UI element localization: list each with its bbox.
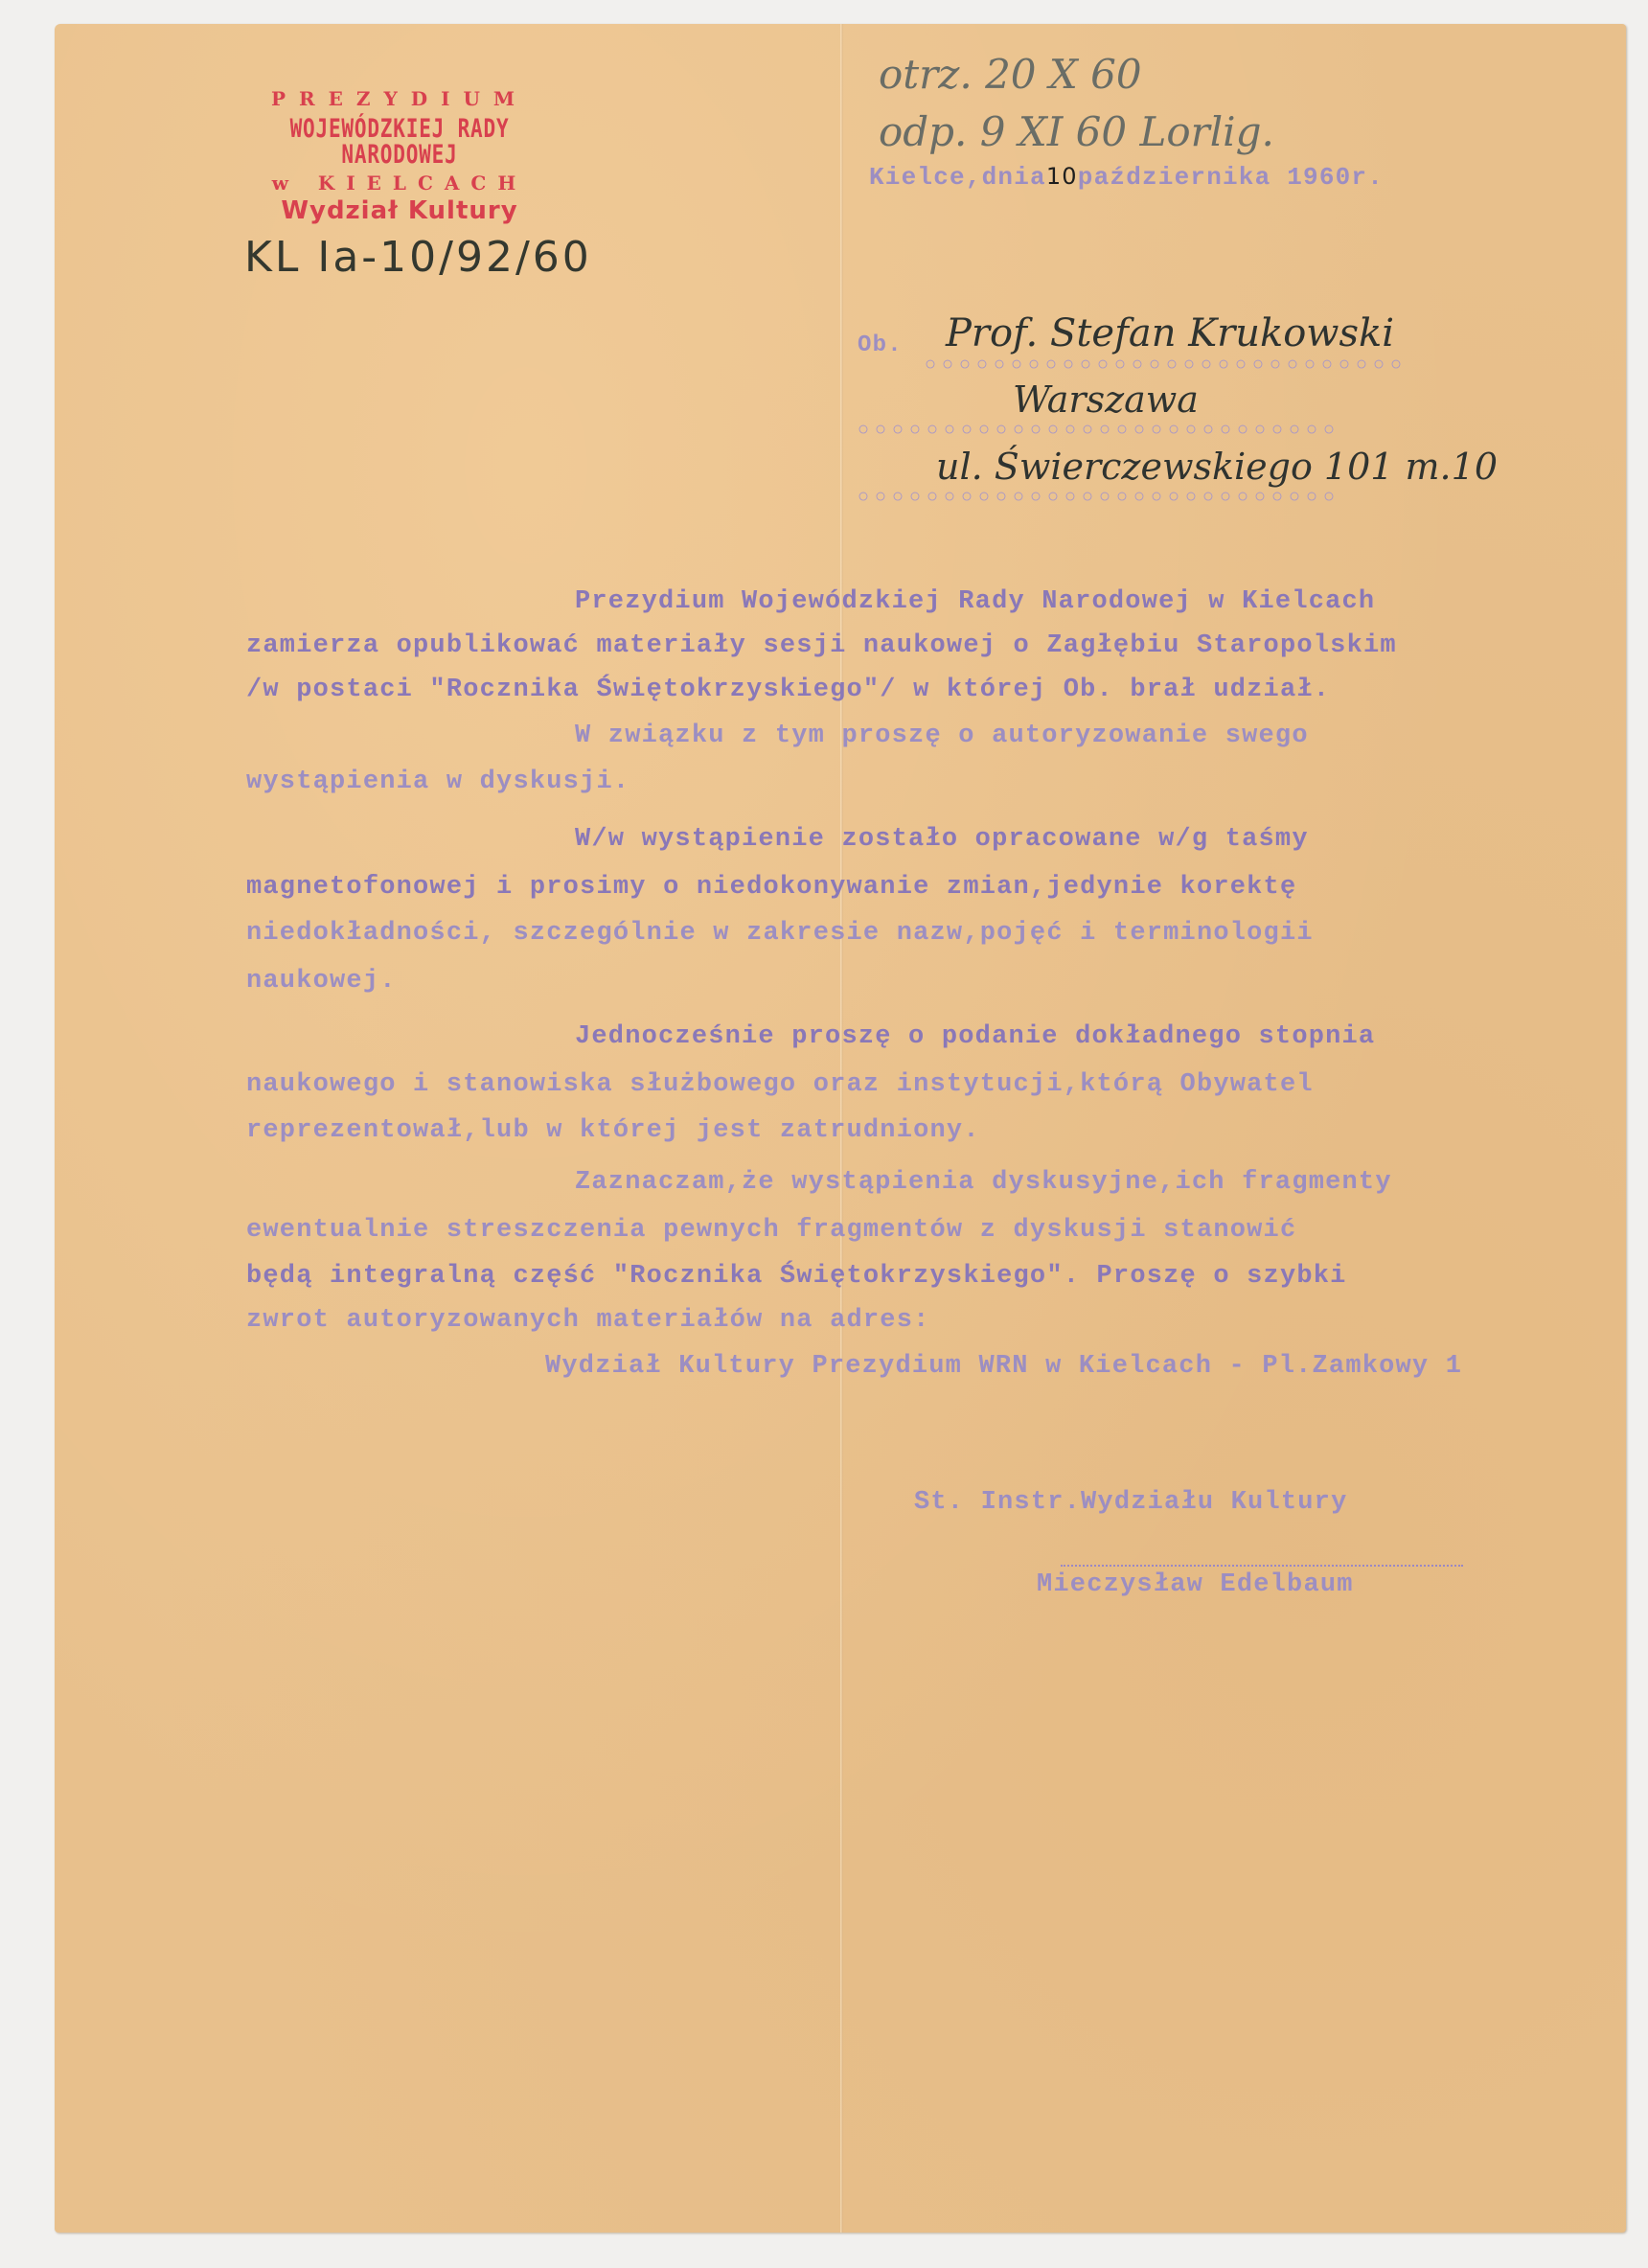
signatory-name: Mieczysław Edelbaum xyxy=(1037,1570,1354,1599)
body-line-2: zamierza opublikować materiały sesji nau… xyxy=(246,631,1397,660)
addressee-city: Warszawa xyxy=(1013,378,1199,421)
date-prefix: Kielce,dnia xyxy=(869,163,1046,192)
body-line-1: Prezydium Wojewódzkiej Rady Narodowej w … xyxy=(575,587,1375,616)
body-line-11: naukowego i stanowiska służbowego oraz i… xyxy=(246,1070,1314,1099)
body-line-17: Wydział Kultury Prezydium WRN w Kielcach… xyxy=(545,1352,1462,1381)
body-line-14: ewentualnie streszczenia pewnych fragmen… xyxy=(246,1216,1296,1245)
body-line-13: Zaznaczam,że wystąpienia dyskusyjne,ich … xyxy=(575,1168,1392,1197)
body-line-3: /w postaci "Rocznika Świętokrzyskiego"/ … xyxy=(246,676,1330,704)
body-line-4: W związku z tym proszę o autoryzowanie s… xyxy=(575,722,1309,750)
date-day: 10 xyxy=(1046,163,1078,190)
pencil-note-answered: odp. 9 XI 60 Lorlig. xyxy=(879,108,1274,155)
body-line-5: wystąpienia w dyskusji. xyxy=(246,767,629,796)
addressee-street: ul. Świerczewskiego 101 m.10 xyxy=(936,446,1498,488)
stamp-line-3: w KIELCACH xyxy=(189,173,610,193)
body-line-12: reprezentował,lub w której jest zatrudni… xyxy=(246,1116,980,1145)
dot-leader-3: ○○○○○○○○○○○○○○○○○○○○○○○○○○○○ xyxy=(858,487,1340,509)
body-line-16: zwrot autoryzowanych materiałów na adres… xyxy=(246,1306,930,1335)
stamp-line-1: PREZYDIUM xyxy=(189,89,610,108)
date-suffix: października 1960r. xyxy=(1078,163,1384,192)
body-line-15: będą integralną część "Rocznika Świętokr… xyxy=(246,1262,1347,1291)
addressee-name: Prof. Stefan Krukowski xyxy=(946,311,1394,355)
letter-page: PREZYDIUM WOJEWÓDZKIEJ RADY NARODOWEJ w … xyxy=(55,24,1626,2233)
date-line: Kielce,dnia10października 1960r. xyxy=(869,163,1384,192)
signature-scribble xyxy=(1061,1528,1463,1567)
dot-leader-1: ○○○○○○○○○○○○○○○○○○○○○○○○○○○○ xyxy=(925,355,1408,377)
salutation: Ob. xyxy=(858,332,903,358)
institution-stamp: PREZYDIUM WOJEWÓDZKIEJ RADY NARODOWEJ w … xyxy=(189,89,610,223)
pencil-note-received: otrz. 20 X 60 xyxy=(879,51,1142,98)
dot-leader-2: ○○○○○○○○○○○○○○○○○○○○○○○○○○○○ xyxy=(858,420,1340,442)
signatory-title: St. Instr.Wydziału Kultury xyxy=(914,1488,1347,1517)
reference-number: KL Ia-10/92/60 xyxy=(244,233,592,282)
body-line-10: Jednocześnie proszę o podanie dokładnego… xyxy=(575,1022,1375,1051)
stamp-line-2: WOJEWÓDZKIEJ RADY NARODOWEJ xyxy=(235,116,563,168)
body-line-9: naukowej. xyxy=(246,967,397,996)
body-line-7: magnetofonowej i prosimy o niedokonywani… xyxy=(246,873,1296,902)
stamp-line-4: Wydział Kultury xyxy=(189,198,610,223)
body-line-6: W/w wystąpienie zostało opracowane w/g t… xyxy=(575,825,1309,854)
body-line-8: niedokładności, szczególnie w zakresie n… xyxy=(246,919,1314,948)
